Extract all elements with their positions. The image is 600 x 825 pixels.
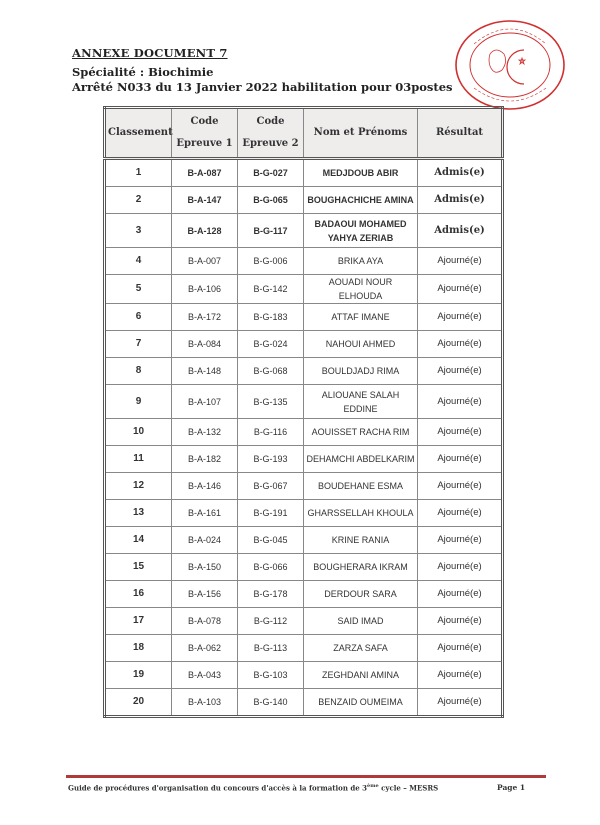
name-cell: BOULDJADJ RIMA xyxy=(304,358,418,385)
result-cell: Ajourné(e) xyxy=(418,635,503,662)
table-row: 12B-A-146B-G-067BOUDEHANE ESMAAjourné(e) xyxy=(105,473,503,500)
code-epreuve-1-cell: B-A-078 xyxy=(172,608,238,635)
code-epreuve-1-cell: B-A-146 xyxy=(172,473,238,500)
table-row: 3B-A-128B-G-117BADAOUI MOHAMED YAHYA ZER… xyxy=(105,214,503,248)
table-row: 14B-A-024B-G-045KRINE RANIAAjourné(e) xyxy=(105,527,503,554)
code-epreuve-2-cell: B-G-183 xyxy=(238,304,304,331)
code-epreuve-2-cell: B-G-113 xyxy=(238,635,304,662)
footer-text: Guide de procédures d'organisation du co… xyxy=(68,783,438,792)
table-row: 18B-A-062B-G-113ZARZA SAFAAjourné(e) xyxy=(105,635,503,662)
name-cell: SAID IMAD xyxy=(304,608,418,635)
table-row: 9B-A-107B-G-135ALIOUANE SALAH EDDINEAjou… xyxy=(105,385,503,419)
rank-cell: 15 xyxy=(105,554,172,581)
name-cell: AOUISSET RACHA RIM xyxy=(304,419,418,446)
name-cell: BOUGHACHICHE AMINA xyxy=(304,187,418,214)
code-epreuve-2-cell: B-G-006 xyxy=(238,248,304,275)
code-epreuve-1-cell: B-A-156 xyxy=(172,581,238,608)
rank-cell: 16 xyxy=(105,581,172,608)
rank-cell: 19 xyxy=(105,662,172,689)
result-cell: Ajourné(e) xyxy=(418,358,503,385)
result-cell: Ajourné(e) xyxy=(418,662,503,689)
rank-cell: 3 xyxy=(105,214,172,248)
code-epreuve-1-cell: B-A-107 xyxy=(172,385,238,419)
rank-cell: 10 xyxy=(105,419,172,446)
code-epreuve-1-cell: B-A-043 xyxy=(172,662,238,689)
result-cell: Ajourné(e) xyxy=(418,275,503,304)
code-epreuve-1-cell: B-A-062 xyxy=(172,635,238,662)
code-epreuve-1-cell: B-A-148 xyxy=(172,358,238,385)
result-cell: Ajourné(e) xyxy=(418,689,503,717)
name-cell: AOUADI NOUR ELHOUDA xyxy=(304,275,418,304)
code-epreuve-2-cell: B-G-027 xyxy=(238,159,304,187)
footer-divider xyxy=(66,775,546,778)
result-cell: Ajourné(e) xyxy=(418,385,503,419)
code-epreuve-1-cell: B-A-007 xyxy=(172,248,238,275)
code-epreuve-2-cell: B-G-065 xyxy=(238,187,304,214)
table-row: 17B-A-078B-G-112SAID IMADAjourné(e) xyxy=(105,608,503,635)
code-epreuve-2-cell: B-G-045 xyxy=(238,527,304,554)
table-row: 1B-A-087B-G-027MEDJDOUB ABIRAdmis(e) xyxy=(105,159,503,187)
header-rank: Classement xyxy=(105,108,172,159)
code-epreuve-2-cell: B-G-191 xyxy=(238,500,304,527)
code-epreuve-1-cell: B-A-084 xyxy=(172,331,238,358)
code-epreuve-1-cell: B-A-132 xyxy=(172,419,238,446)
page-number: Page 1 xyxy=(497,783,525,792)
results-table: Classement CodeEpreuve 1 CodeEpreuve 2 N… xyxy=(103,106,504,718)
code-epreuve-2-cell: B-G-067 xyxy=(238,473,304,500)
table-row: 6B-A-172B-G-183ATTAF IMANEAjourné(e) xyxy=(105,304,503,331)
result-cell: Ajourné(e) xyxy=(418,304,503,331)
name-cell: BRIKA AYA xyxy=(304,248,418,275)
code-epreuve-1-cell: B-A-182 xyxy=(172,446,238,473)
rank-cell: 1 xyxy=(105,159,172,187)
rank-cell: 2 xyxy=(105,187,172,214)
result-cell: Ajourné(e) xyxy=(418,248,503,275)
code-epreuve-2-cell: B-G-142 xyxy=(238,275,304,304)
name-cell: ZARZA SAFA xyxy=(304,635,418,662)
name-cell: ZEGHDANI AMINA xyxy=(304,662,418,689)
result-cell: Ajourné(e) xyxy=(418,500,503,527)
code-epreuve-1-cell: B-A-087 xyxy=(172,159,238,187)
decree-label: Arrêté N033 du 13 Janvier 2022 habilitat… xyxy=(72,80,452,94)
rank-cell: 4 xyxy=(105,248,172,275)
result-cell: Admis(e) xyxy=(418,214,503,248)
table-row: 5B-A-106B-G-142AOUADI NOUR ELHOUDAAjourn… xyxy=(105,275,503,304)
code-epreuve-2-cell: B-G-135 xyxy=(238,385,304,419)
name-cell: BADAOUI MOHAMED YAHYA ZERIAB xyxy=(304,214,418,248)
code-epreuve-2-cell: B-G-116 xyxy=(238,419,304,446)
table-row: 10B-A-132B-G-116AOUISSET RACHA RIMAjourn… xyxy=(105,419,503,446)
rank-cell: 18 xyxy=(105,635,172,662)
code-epreuve-1-cell: B-A-161 xyxy=(172,500,238,527)
result-cell: Ajourné(e) xyxy=(418,473,503,500)
result-cell: Ajourné(e) xyxy=(418,581,503,608)
name-cell: DEHAMCHI ABDELKARIM xyxy=(304,446,418,473)
name-cell: GHARSSELLAH KHOULA xyxy=(304,500,418,527)
table-header-row: Classement CodeEpreuve 1 CodeEpreuve 2 N… xyxy=(105,108,503,159)
code-epreuve-1-cell: B-A-128 xyxy=(172,214,238,248)
table-row: 15B-A-150B-G-066BOUGHERARA IKRAMAjourné(… xyxy=(105,554,503,581)
table-row: 8B-A-148B-G-068BOULDJADJ RIMAAjourné(e) xyxy=(105,358,503,385)
name-cell: BOUDEHANE ESMA xyxy=(304,473,418,500)
table-row: 7B-A-084B-G-024NAHOUI AHMEDAjourné(e) xyxy=(105,331,503,358)
header-name: Nom et Prénoms xyxy=(304,108,418,159)
rank-cell: 20 xyxy=(105,689,172,717)
table-row: 11B-A-182B-G-193DEHAMCHI ABDELKARIMAjour… xyxy=(105,446,503,473)
code-epreuve-2-cell: B-G-193 xyxy=(238,446,304,473)
code-epreuve-2-cell: B-G-117 xyxy=(238,214,304,248)
result-cell: Admis(e) xyxy=(418,187,503,214)
rank-cell: 12 xyxy=(105,473,172,500)
result-cell: Admis(e) xyxy=(418,159,503,187)
rank-cell: 14 xyxy=(105,527,172,554)
table-row: 4B-A-007B-G-006BRIKA AYAAjourné(e) xyxy=(105,248,503,275)
header-code-epreuve-1: CodeEpreuve 1 xyxy=(172,108,238,159)
code-epreuve-2-cell: B-G-178 xyxy=(238,581,304,608)
header-code-epreuve-2: CodeEpreuve 2 xyxy=(238,108,304,159)
result-cell: Ajourné(e) xyxy=(418,527,503,554)
name-cell: BOUGHERARA IKRAM xyxy=(304,554,418,581)
code-epreuve-2-cell: B-G-066 xyxy=(238,554,304,581)
rank-cell: 11 xyxy=(105,446,172,473)
rank-cell: 13 xyxy=(105,500,172,527)
code-epreuve-1-cell: B-A-172 xyxy=(172,304,238,331)
table-row: 13B-A-161B-G-191GHARSSELLAH KHOULAAjourn… xyxy=(105,500,503,527)
result-cell: Ajourné(e) xyxy=(418,446,503,473)
rank-cell: 5 xyxy=(105,275,172,304)
name-cell: ALIOUANE SALAH EDDINE xyxy=(304,385,418,419)
speciality-label: Spécialité : Biochimie xyxy=(72,65,213,79)
result-cell: Ajourné(e) xyxy=(418,331,503,358)
code-epreuve-1-cell: B-A-147 xyxy=(172,187,238,214)
rank-cell: 7 xyxy=(105,331,172,358)
table-row: 16B-A-156B-G-178DERDOUR SARAAjourné(e) xyxy=(105,581,503,608)
code-epreuve-1-cell: B-A-150 xyxy=(172,554,238,581)
rank-cell: 6 xyxy=(105,304,172,331)
code-epreuve-2-cell: B-G-140 xyxy=(238,689,304,717)
name-cell: ATTAF IMANE xyxy=(304,304,418,331)
table-row: 20B-A-103B-G-140BENZAID OUMEIMAAjourné(e… xyxy=(105,689,503,717)
code-epreuve-2-cell: B-G-068 xyxy=(238,358,304,385)
name-cell: BENZAID OUMEIMA xyxy=(304,689,418,717)
header-result: Résultat xyxy=(418,108,503,159)
result-cell: Ajourné(e) xyxy=(418,554,503,581)
name-cell: MEDJDOUB ABIR xyxy=(304,159,418,187)
table-row: 19B-A-043B-G-103ZEGHDANI AMINAAjourné(e) xyxy=(105,662,503,689)
code-epreuve-2-cell: B-G-103 xyxy=(238,662,304,689)
table-row: 2B-A-147B-G-065BOUGHACHICHE AMINAAdmis(e… xyxy=(105,187,503,214)
rank-cell: 8 xyxy=(105,358,172,385)
code-epreuve-1-cell: B-A-106 xyxy=(172,275,238,304)
code-epreuve-2-cell: B-G-112 xyxy=(238,608,304,635)
rank-cell: 17 xyxy=(105,608,172,635)
result-cell: Ajourné(e) xyxy=(418,608,503,635)
code-epreuve-1-cell: B-A-024 xyxy=(172,527,238,554)
result-cell: Ajourné(e) xyxy=(418,419,503,446)
annex-title: ANNEXE DOCUMENT 7 xyxy=(72,46,228,60)
code-epreuve-1-cell: B-A-103 xyxy=(172,689,238,717)
name-cell: NAHOUI AHMED xyxy=(304,331,418,358)
rank-cell: 9 xyxy=(105,385,172,419)
official-seal-icon xyxy=(452,14,568,112)
name-cell: DERDOUR SARA xyxy=(304,581,418,608)
code-epreuve-2-cell: B-G-024 xyxy=(238,331,304,358)
name-cell: KRINE RANIA xyxy=(304,527,418,554)
